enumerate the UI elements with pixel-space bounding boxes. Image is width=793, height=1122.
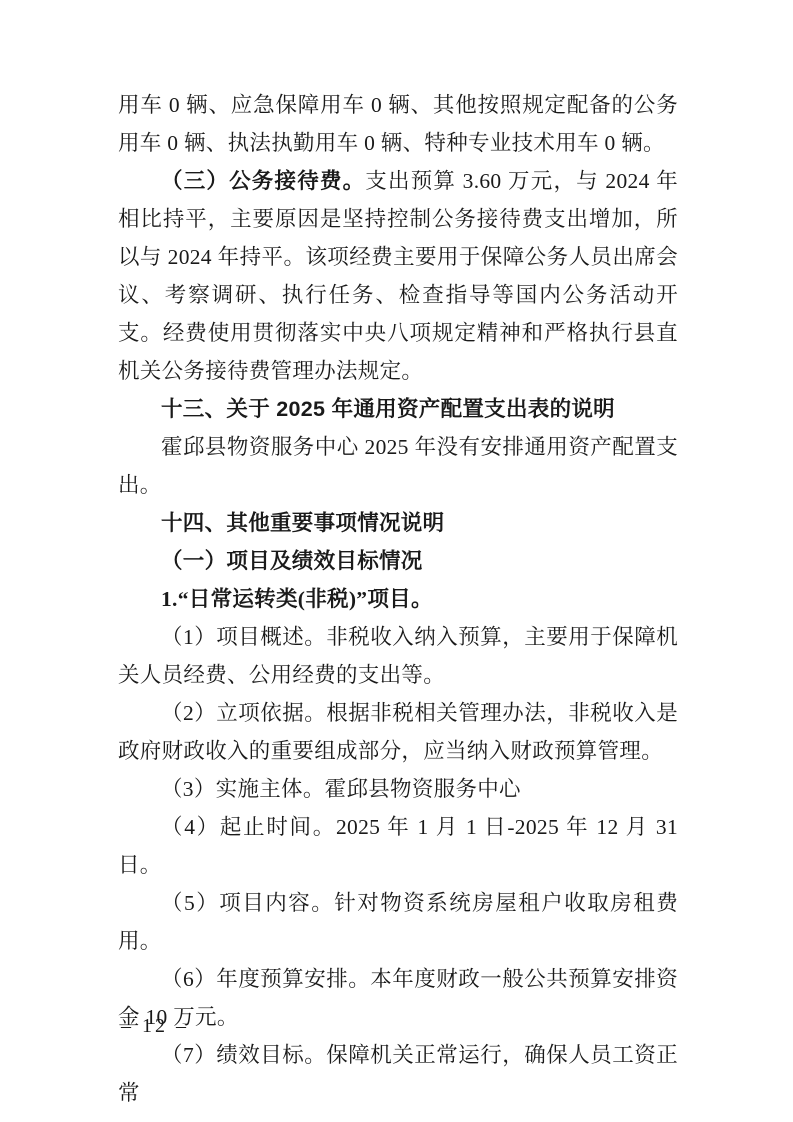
paragraph-official-vehicles-continuation: 用车 0 辆、应急保障用车 0 辆、其他按照规定配备的公务用车 0 辆、执法执勤… [118,86,678,162]
paragraph-official-reception-body: 支出预算 3.60 万元，与 2024 年相比持平，主要原因是坚持控制公务接待费… [118,169,678,383]
paragraph-project-annual-budget: （6）年度预算安排。本年度财政一般公共预算安排资金 10 万元。 [118,960,678,1036]
paragraph-no-asset-allocation: 霍邱县物资服务中心 2025 年没有安排通用资产配置支出。 [118,428,678,504]
heading-section-13-asset-allocation: 十三、关于 2025 年通用资产配置支出表的说明 [118,390,678,428]
paragraph-official-reception-expense: （三）公务接待费。支出预算 3.60 万元，与 2024 年相比持平，主要原因是… [118,162,678,390]
page-number: – 12 – [121,1014,189,1038]
heading-project-daily-operation-nontax: 1.“日常运转类(非税)”项目。 [118,580,678,618]
heading-subsection-project-performance: （一）项目及绩效目标情况 [118,542,678,580]
heading-section-14-other-matters: 十四、其他重要事项情况说明 [118,504,678,542]
document-page: 用车 0 辆、应急保障用车 0 辆、其他按照规定配备的公务用车 0 辆、执法执勤… [0,0,793,1122]
paragraph-project-basis: （2）立项依据。根据非税相关管理办法，非税收入是政府财政收入的重要组成部分，应当… [118,694,678,770]
paragraph-project-content: （5）项目内容。针对物资系统房屋租户收取房租费用。 [118,884,678,960]
paragraph-project-overview: （1）项目概述。非税收入纳入预算，主要用于保障机关人员经费、公用经费的支出等。 [118,618,678,694]
paragraph-project-implementer: （3）实施主体。霍邱县物资服务中心 [118,770,678,808]
paragraph-official-reception-lead: （三）公务接待费。 [161,169,365,193]
paragraph-project-duration: （4）起止时间。2025 年 1 月 1 日-2025 年 12 月 31 日。 [118,808,678,884]
document-body: 用车 0 辆、应急保障用车 0 辆、其他按照规定配备的公务用车 0 辆、执法执勤… [118,86,678,1112]
paragraph-project-performance-goal: （7）绩效目标。保障机关正常运行，确保人员工资正常 [118,1036,678,1112]
